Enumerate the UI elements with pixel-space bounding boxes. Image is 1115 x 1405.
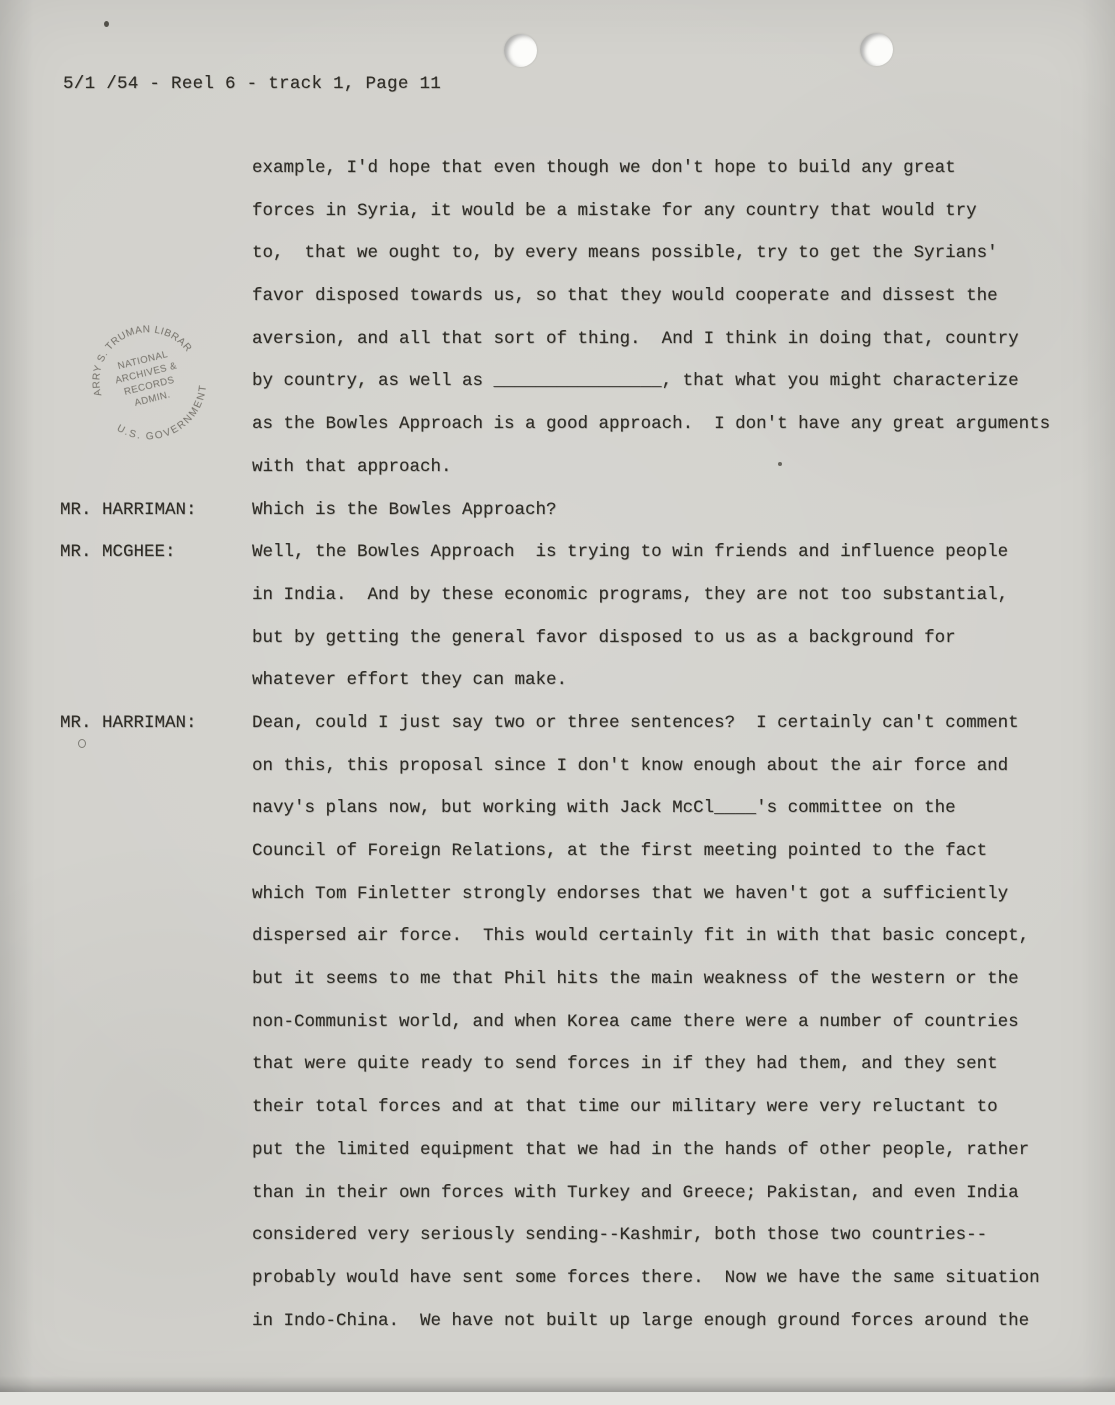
speaker-label: MR. HARRIMAN:: [60, 489, 197, 532]
dialogue-entry: MR. HARRIMAN: Dean, could I just say two…: [60, 702, 1072, 1342]
transcript-line: Well, the Bowles Approach is trying to w…: [252, 531, 1072, 574]
transcript-line: on this, this proposal since I don't kno…: [252, 745, 1072, 788]
transcript-line: Which is the Bowles Approach?: [252, 489, 1072, 532]
transcript-line: to, that we ought to, by every means pos…: [252, 232, 1072, 275]
transcript-line: in India. And by these economic programs…: [252, 574, 1072, 617]
dialogue-entry: MR. MCGHEE: Well, the Bowles Approach is…: [60, 531, 1072, 702]
transcript-line: their total forces and at that time our …: [252, 1086, 1072, 1129]
page-header: 5/1 /54 - Reel 6 - track 1, Page 11: [63, 74, 441, 94]
transcript-line: by country, as well as ________________,…: [252, 360, 1072, 403]
transcript-line: probably would have sent some forces the…: [252, 1257, 1072, 1300]
transcript-line: whatever effort they can make.: [252, 659, 1072, 702]
transcript-line: with that approach.: [252, 446, 1072, 489]
speaker-label: MR. MCGHEE:: [60, 531, 176, 574]
transcript-line: Council of Foreign Relations, at the fir…: [252, 830, 1072, 873]
punch-hole-right: [860, 33, 893, 66]
ink-speck: [104, 21, 109, 27]
scan-edge-strip: [0, 1392, 1115, 1405]
transcript-line: but it seems to me that Phil hits the ma…: [252, 958, 1072, 1001]
dialogue-entry: MR. HARRIMAN: Which is the Bowles Approa…: [60, 489, 1072, 532]
transcript-line: in Indo-China. We have not built up larg…: [252, 1300, 1072, 1343]
transcript-line: example, I'd hope that even though we do…: [252, 147, 1072, 190]
transcript-body: example, I'd hope that even though we do…: [60, 147, 1072, 1342]
speaker-label: MR. HARRIMAN:: [60, 702, 197, 745]
transcript-line: non-Communist world, and when Korea came…: [252, 1001, 1072, 1044]
transcript-line: forces in Syria, it would be a mistake f…: [252, 190, 1072, 233]
dialogue-entry: example, I'd hope that even though we do…: [60, 147, 1072, 489]
page-bottom-shadow: [0, 1376, 1115, 1392]
transcript-line: dispersed air force. This would certainl…: [252, 915, 1072, 958]
transcript-line: favor disposed towards us, so that they …: [252, 275, 1072, 318]
transcript-line: than in their own forces with Turkey and…: [252, 1172, 1072, 1215]
punch-hole-left: [504, 34, 537, 67]
transcript-line: considered very seriously sending--Kashm…: [252, 1214, 1072, 1257]
transcript-line: that were quite ready to send forces in …: [252, 1043, 1072, 1086]
transcript-line: but by getting the general favor dispose…: [252, 617, 1072, 660]
transcript-line: aversion, and all that sort of thing. An…: [252, 318, 1072, 361]
document-page: 5/1 /54 - Reel 6 - track 1, Page 11 HARR…: [0, 0, 1115, 1405]
transcript-line: Dean, could I just say two or three sent…: [252, 702, 1072, 745]
transcript-line: navy's plans now, but working with Jack …: [252, 787, 1072, 830]
transcript-line: as the Bowles Approach is a good approac…: [252, 403, 1072, 446]
transcript-line: which Tom Finletter strongly endorses th…: [252, 873, 1072, 916]
transcript-line: put the limited equipment that we had in…: [252, 1129, 1072, 1172]
